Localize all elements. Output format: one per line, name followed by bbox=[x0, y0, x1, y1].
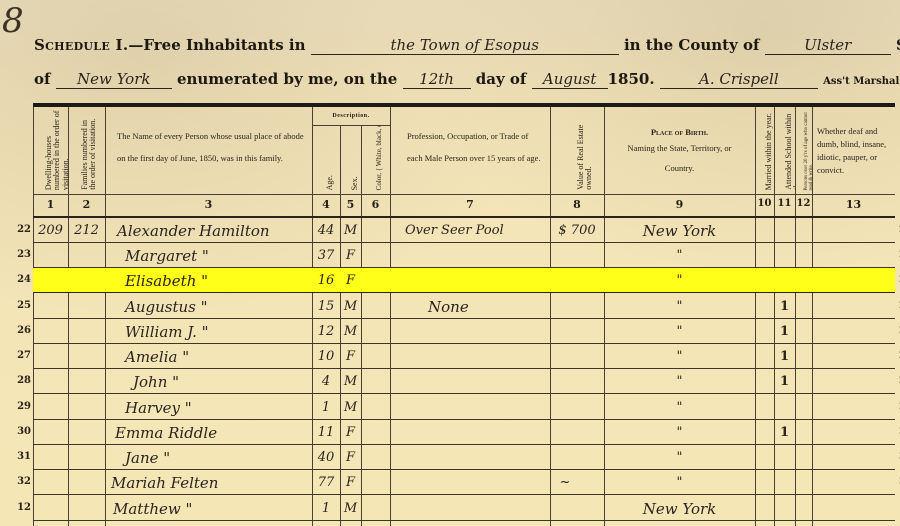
header-dwelling: Dwelling-houses numbered in the order of… bbox=[33, 107, 68, 194]
header-real-estate: Value of Real Estate owned. bbox=[550, 107, 604, 194]
person-name: Mariah Felten bbox=[111, 472, 218, 494]
birthplace: " bbox=[604, 397, 755, 419]
column-number: 11 bbox=[774, 198, 795, 209]
census-page: 8 Schedule I.—Free Inhabitants in the To… bbox=[0, 0, 900, 526]
person-name: Jane " bbox=[125, 447, 170, 469]
age: 44 bbox=[312, 220, 340, 242]
day-handwritten: 12th bbox=[403, 70, 471, 89]
birthplace: " bbox=[604, 447, 755, 469]
birthplace: " bbox=[604, 472, 755, 494]
census-table: Dwelling-houses numbered in the order of… bbox=[33, 103, 895, 526]
sex: M bbox=[340, 397, 361, 419]
table-row-highlighted[interactable]: 24 Elisabeth " 16 F " 24 bbox=[33, 268, 895, 293]
line-number: 26 bbox=[15, 325, 31, 336]
sex: M bbox=[340, 371, 361, 393]
table-row[interactable]: 23 Margaret " 37 F " 23 bbox=[33, 243, 895, 268]
header-age-text: Age. bbox=[326, 175, 334, 190]
column-number: 8 bbox=[550, 198, 604, 211]
table-row[interactable]: 26 William J. " 12 M " 1 26 bbox=[33, 319, 895, 344]
attended-school-mark: 1 bbox=[774, 296, 795, 318]
sex: M bbox=[340, 220, 361, 242]
person-name: Elisabeth " bbox=[125, 270, 208, 292]
person-name: Augustus " bbox=[125, 296, 208, 318]
occupation: None bbox=[428, 296, 469, 318]
column-number: 9 bbox=[604, 198, 755, 211]
header-sex: Sex. bbox=[340, 125, 361, 194]
header-color-text: Color, { White, black, or mulatto. bbox=[376, 125, 383, 190]
line-number: 32 bbox=[15, 476, 31, 487]
schedule-title-line-1: Schedule I.—Free Inhabitants in the Town… bbox=[34, 36, 900, 55]
age: 1 bbox=[312, 498, 340, 520]
age: 11 bbox=[312, 422, 340, 444]
table-row[interactable]: 22 209 212 Alexander Hamilton 44 M Over … bbox=[33, 218, 895, 243]
person-name: Alexander Hamilton bbox=[117, 220, 270, 242]
person-name: John " bbox=[133, 371, 179, 393]
birthplace: " bbox=[604, 422, 755, 444]
sex: M bbox=[340, 498, 361, 520]
header-family: Families numbered in the order of visita… bbox=[68, 107, 105, 194]
marshal-handwritten: A. Crispell bbox=[660, 70, 818, 89]
dwelling-number: 209 bbox=[33, 220, 68, 242]
real-estate-value: $ 700 bbox=[550, 220, 604, 242]
attended-school-mark: 1 bbox=[774, 422, 795, 444]
age: 40 bbox=[312, 447, 340, 469]
sex: F bbox=[340, 245, 361, 267]
line-number: 29 bbox=[15, 401, 31, 412]
birthplace: New York bbox=[604, 498, 755, 520]
column-number: 4 bbox=[312, 198, 340, 211]
day-of-label: day of bbox=[476, 70, 527, 88]
header-illiterate-text: Persons over 20 y'rs of age who cannot r… bbox=[804, 110, 813, 190]
birthplace: " bbox=[604, 346, 755, 368]
birthplace: " bbox=[604, 245, 755, 267]
header-sex-text: Sex. bbox=[351, 176, 359, 190]
column-number: 13 bbox=[812, 198, 895, 211]
sex: F bbox=[340, 346, 361, 368]
table-row[interactable]: 28 John " 4 M " 1 28 bbox=[33, 369, 895, 394]
table-row[interactable]: 12 Matthew " 1 M New York 1 bbox=[33, 496, 895, 521]
family-number: 212 bbox=[68, 220, 105, 242]
table-row[interactable]: 30 Emma Riddle 11 F " 1 30 bbox=[33, 420, 895, 445]
attended-school-mark: 1 bbox=[774, 321, 795, 343]
table-row[interactable]: 31 Jane " 40 F " 31 bbox=[33, 445, 895, 470]
header-color: Color, { White, black, or mulatto. bbox=[361, 125, 390, 194]
header-birthplace-title: Place of Birth. bbox=[604, 127, 755, 138]
column-number: 5 bbox=[340, 198, 361, 211]
age: 4 bbox=[312, 371, 340, 393]
column-number: 12 bbox=[795, 198, 812, 209]
enumerated-label: enumerated by me, on the bbox=[177, 70, 397, 88]
line-number: 24 bbox=[15, 274, 31, 285]
column-number: 1 bbox=[33, 198, 68, 211]
age: 15 bbox=[312, 296, 340, 318]
person-name: Matthew " bbox=[113, 498, 192, 520]
county-label: in the County of bbox=[624, 36, 760, 54]
real-estate-value: ~ bbox=[550, 472, 580, 494]
header-birthplace-text: Naming the State, Territory, or Country. bbox=[604, 138, 755, 178]
birthplace: New York bbox=[604, 220, 755, 242]
of-label: of bbox=[34, 70, 50, 88]
sex: F bbox=[340, 447, 361, 469]
header-dwelling-text: Dwelling-houses numbered in the order of… bbox=[45, 110, 69, 190]
line-number: 23 bbox=[15, 249, 31, 260]
sex: F bbox=[340, 270, 361, 292]
month-handwritten: August bbox=[532, 70, 608, 89]
column-number: 6 bbox=[361, 198, 390, 211]
sex: F bbox=[340, 422, 361, 444]
occupation: Over Seer Pool bbox=[405, 220, 504, 242]
age: 12 bbox=[312, 321, 340, 343]
place-handwritten: the Town of Esopus bbox=[311, 36, 619, 55]
age: 1 bbox=[312, 397, 340, 419]
schedule-title-line-2: of New York enumerated by me, on the 12t… bbox=[34, 70, 900, 89]
assistant-marshal-label: Ass't Marshal. bbox=[823, 76, 900, 87]
sex: M bbox=[340, 296, 361, 318]
birthplace: " bbox=[604, 371, 755, 393]
free-inhabitants-label: Free Inhabitants in bbox=[143, 36, 305, 54]
column-number-row: 1 2 3 4 5 6 7 8 9 10 11 12 13 bbox=[33, 194, 895, 217]
line-number: 12 bbox=[15, 502, 31, 513]
line-number: 22 bbox=[15, 224, 31, 235]
header-school: Attended School within the year. bbox=[774, 107, 795, 194]
birthplace: " bbox=[604, 296, 755, 318]
attended-school-mark: 1 bbox=[774, 371, 795, 393]
header-family-text: Families numbered in the order of visita… bbox=[81, 110, 98, 190]
table-row[interactable]: 25 Augustus " 15 M None " 1 25 bbox=[33, 294, 895, 319]
header-real-estate-text: Value of Real Estate owned. bbox=[577, 120, 594, 190]
dash: — bbox=[128, 36, 143, 54]
table-row[interactable]: 32 Mariah Felten 77 F ~ " 32 bbox=[33, 470, 895, 495]
header-illiterate: Persons over 20 y'rs of age who cannot r… bbox=[795, 107, 812, 194]
birthplace: " bbox=[604, 321, 755, 343]
line-number: 25 bbox=[15, 300, 31, 311]
header-age: Age. bbox=[312, 125, 340, 194]
header-married: Married within the year. bbox=[755, 107, 774, 194]
column-number: 7 bbox=[390, 198, 550, 211]
sex: F bbox=[340, 472, 361, 494]
line-number: 27 bbox=[15, 350, 31, 361]
header-married-text: Married within the year. bbox=[765, 110, 773, 190]
attended-school-mark: 1 bbox=[774, 346, 795, 368]
birthplace: " bbox=[604, 270, 755, 292]
state-handwritten: New York bbox=[56, 70, 172, 89]
header-occupation-text: Profession, Occupation, or Trade of each… bbox=[407, 131, 541, 163]
margin-annotation: 8 bbox=[2, 4, 30, 64]
line-number: 30 bbox=[15, 426, 31, 437]
header-description-group: Description. bbox=[312, 107, 390, 126]
column-number: 2 bbox=[68, 198, 105, 211]
column-number: 3 bbox=[105, 198, 312, 211]
person-name: Emma Riddle bbox=[115, 422, 217, 444]
year-label: 1850. bbox=[608, 70, 655, 88]
header-name-text: The Name of every Person whose usual pla… bbox=[117, 131, 304, 163]
header-condition-text: Whether deaf and dumb, blind, insane, id… bbox=[817, 126, 886, 175]
person-name: Amelia " bbox=[125, 346, 189, 368]
table-row[interactable]: 29 Harvey " 1 M " 29 bbox=[33, 395, 895, 420]
schedule-label: Schedule I. bbox=[34, 36, 128, 54]
sex: M bbox=[340, 321, 361, 343]
county-handwritten: Ulster bbox=[765, 36, 891, 55]
line-number: 28 bbox=[15, 375, 31, 386]
header-school-text: Attended School within the year. bbox=[785, 110, 796, 190]
table-row[interactable]: 27 Amelia " 10 F " 1 27 bbox=[33, 344, 895, 369]
age: 77 bbox=[312, 472, 340, 494]
state-label: State bbox=[896, 36, 900, 54]
person-name: William J. " bbox=[125, 321, 209, 343]
person-name: Harvey " bbox=[125, 397, 192, 419]
line-number: 31 bbox=[15, 451, 31, 462]
column-number: 10 bbox=[755, 198, 774, 209]
person-name: Margaret " bbox=[125, 245, 209, 267]
age: 16 bbox=[312, 270, 340, 292]
age: 10 bbox=[312, 346, 340, 368]
age: 37 bbox=[312, 245, 340, 267]
